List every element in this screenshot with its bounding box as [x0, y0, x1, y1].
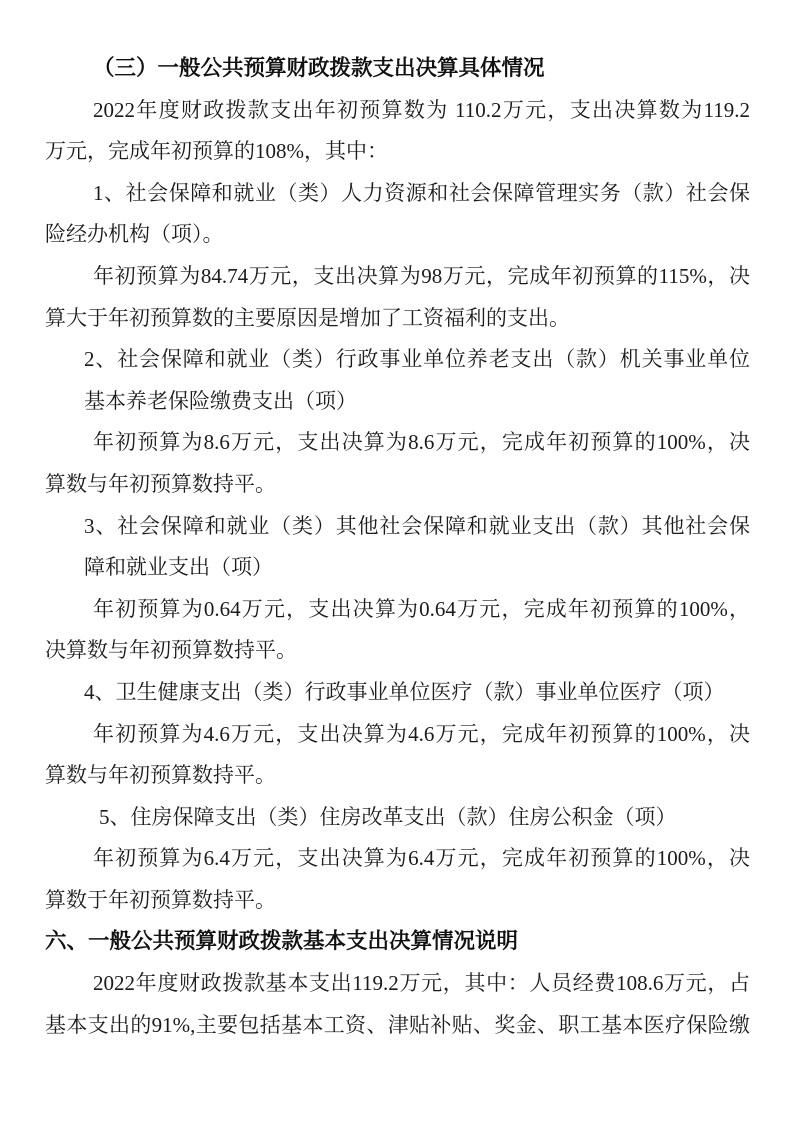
text-line: 4、卫生健康支出（类）行政事业单位医疗（款）事业单位医疗（项） — [45, 672, 750, 714]
text-line: 决算数与年初预算数持平。 — [45, 630, 750, 672]
text-line: 算大于年初预算数的主要原因是增加了工资福利的支出。 — [45, 298, 750, 340]
text-line: 障和就业支出（项） — [45, 547, 750, 589]
text-line: 算数与年初预算数持平。 — [45, 755, 750, 797]
text-line: 2022年度财政拨款基本支出119.2万元，其中：人员经费108.6万元，占 — [45, 963, 750, 1005]
text-line: 万元，完成年初预算的108%，其中： — [45, 131, 750, 173]
text-line: 年初预算为8.6万元，支出决算为8.6万元，完成年初预算的100%，决 — [45, 422, 750, 464]
section-heading: 六、一般公共预算财政拨款基本支出决算情况说明 — [45, 921, 750, 963]
text-line: 3、社会保障和就业（类）其他社会保障和就业支出（款）其他社会保 — [45, 506, 750, 548]
text-line: 基本支出的91%,主要包括基本工资、津贴补贴、奖金、职工基本医疗保险缴 — [45, 1005, 750, 1047]
text-line: 算数于年初预算数持平。 — [45, 880, 750, 922]
text-line: 2、社会保障和就业（类）行政事业单位养老支出（款）机关事业单位 — [45, 339, 750, 381]
text-line: 算数与年初预算数持平。 — [45, 464, 750, 506]
text-line: 年初预算为4.6万元，支出决算为4.6万元，完成年初预算的100%，决 — [45, 714, 750, 756]
document-body: （三）一般公共预算财政拨款支出决算具体情况2022年度财政拨款支出年初预算数为 … — [45, 48, 750, 1046]
text-line: 年初预算为0.64万元，支出决算为0.64万元，完成年初预算的100%， — [45, 589, 750, 631]
text-line: 年初预算为6.4万元，支出决算为6.4万元，完成年初预算的100%，决 — [45, 838, 750, 880]
text-line: 险经办机构（项）。 — [45, 214, 750, 256]
section-heading: （三）一般公共预算财政拨款支出决算具体情况 — [45, 48, 750, 90]
text-line: 年初预算为84.74万元，支出决算为98万元，完成年初预算的115%，决 — [45, 256, 750, 298]
text-line: 5、住房保障支出（类）住房改革支出（款）住房公积金（项） — [45, 797, 750, 839]
document-page: （三）一般公共预算财政拨款支出决算具体情况2022年度财政拨款支出年初预算数为 … — [0, 0, 793, 1122]
text-line: 1、社会保障和就业（类）人力资源和社会保障管理实务（款）社会保 — [45, 173, 750, 215]
text-line: 基本养老保险缴费支出（项） — [45, 381, 750, 423]
text-line: 2022年度财政拨款支出年初预算数为 110.2万元，支出决算数为119.2 — [45, 90, 750, 132]
